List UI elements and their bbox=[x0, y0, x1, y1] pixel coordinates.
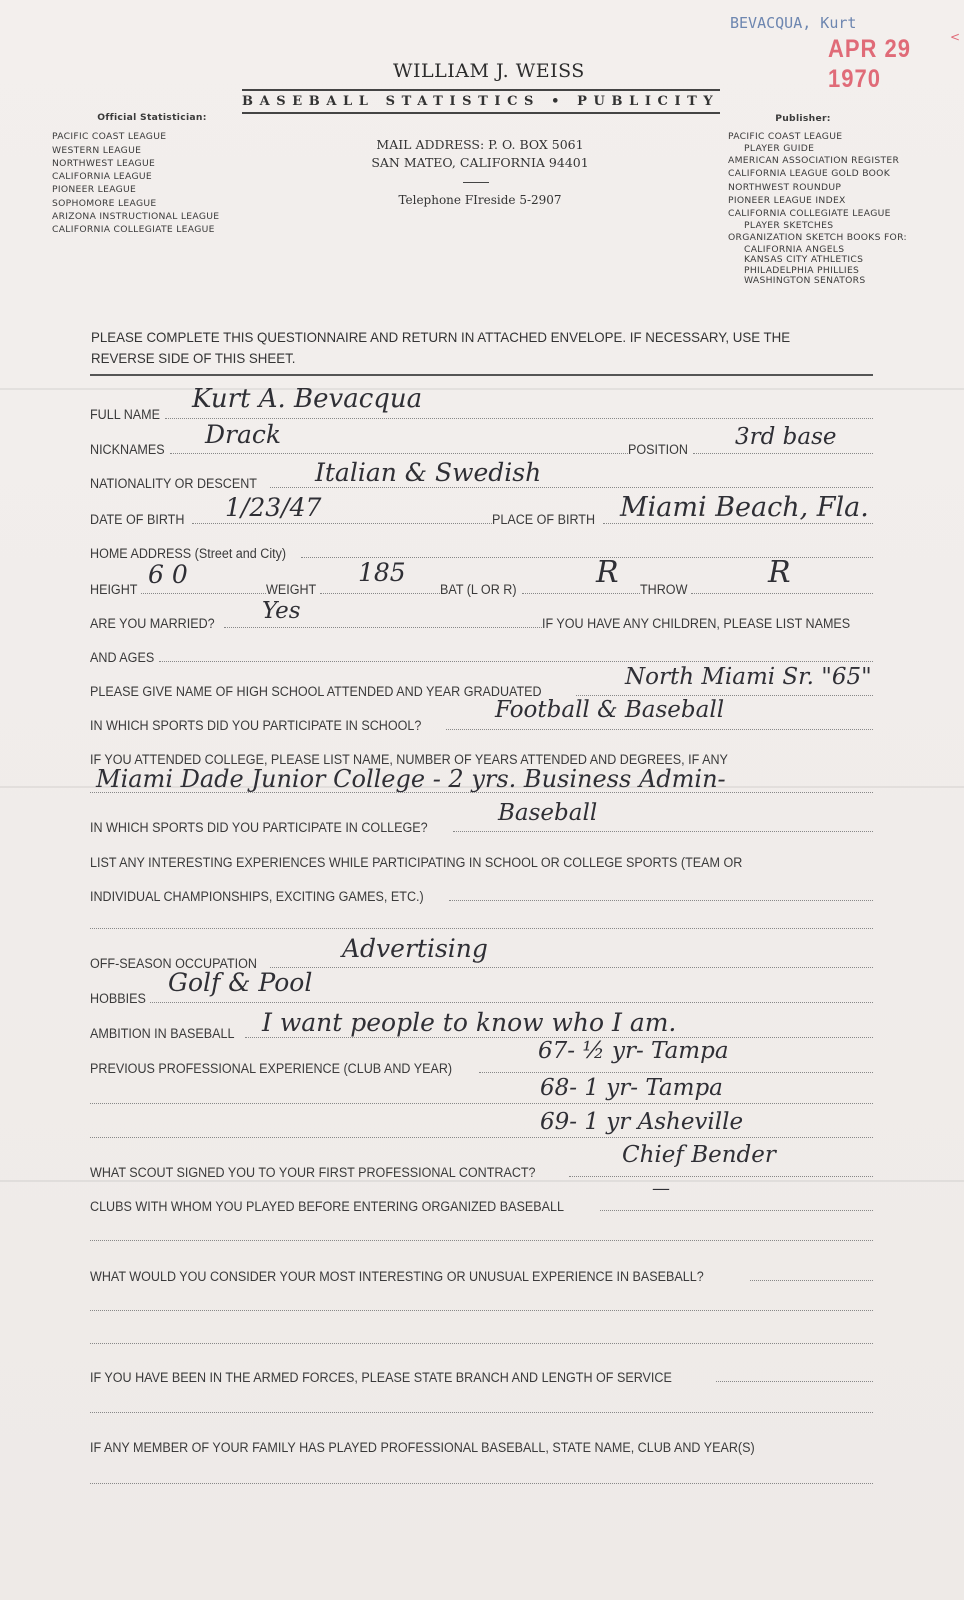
typed-name-stamp: BEVACQUA, Kurt bbox=[730, 14, 856, 32]
answer-nationality: Italian & Swedish bbox=[315, 458, 541, 487]
field-experiences: LIST ANY INTERESTING EXPERIENCES WHILE P… bbox=[90, 850, 873, 870]
label-college-sports: IN WHICH SPORTS DID YOU PARTICIPATE IN C… bbox=[90, 820, 428, 835]
label-position: POSITION bbox=[628, 442, 688, 457]
answer-throw: R bbox=[768, 555, 791, 590]
field-school-sports[interactable]: IN WHICH SPORTS DID YOU PARTICIPATE IN S… bbox=[90, 713, 873, 733]
paper-fold bbox=[0, 388, 964, 390]
label-scout: WHAT SCOUT SIGNED YOU TO YOUR FIRST PROF… bbox=[90, 1165, 536, 1180]
label-school-sports: IN WHICH SPORTS DID YOU PARTICIPATE IN S… bbox=[90, 718, 421, 733]
field-clubs-before[interactable]: CLUBS WITH WHOM YOU PLAYED BEFORE ENTERI… bbox=[90, 1194, 873, 1214]
dotted-line bbox=[600, 1209, 873, 1211]
dotted-line bbox=[576, 694, 873, 696]
field-experiences-2[interactable]: INDIVIDUAL CHAMPIONSHIPS, EXCITING GAMES… bbox=[90, 884, 873, 904]
answer-occupation: Advertising bbox=[342, 934, 488, 963]
label-bat: BAT (L OR R) bbox=[440, 582, 517, 597]
answer-dob: 1/23/47 bbox=[225, 493, 321, 522]
letterhead-subtitle: BASEBALL STATISTICS • PUBLICITY bbox=[242, 94, 720, 109]
label-experiences-1: LIST ANY INTERESTING EXPERIENCES WHILE P… bbox=[90, 855, 742, 870]
field-pro-experience[interactable]: PREVIOUS PROFESSIONAL EXPERIENCE (CLUB A… bbox=[90, 1056, 873, 1076]
pro-experience-line-3[interactable] bbox=[90, 1137, 873, 1138]
publication: PIONEER LEAGUE INDEX bbox=[728, 194, 907, 207]
answer-college-sports: Baseball bbox=[498, 800, 597, 826]
dotted-line bbox=[150, 1001, 873, 1003]
dotted-line bbox=[165, 417, 873, 419]
publisher-heading: Publisher: bbox=[728, 112, 878, 125]
answer-position: 3rd base bbox=[735, 424, 837, 450]
dotted-line bbox=[479, 1071, 873, 1073]
label-pob: PLACE OF BIRTH bbox=[492, 512, 595, 527]
dotted-line bbox=[192, 522, 493, 524]
statistician-heading: Official Statistician: bbox=[52, 111, 252, 124]
dotted-line bbox=[453, 830, 873, 832]
field-unusual[interactable]: WHAT WOULD YOU CONSIDER YOUR MOST INTERE… bbox=[90, 1264, 873, 1284]
dotted-line bbox=[693, 452, 873, 454]
answer-college: Miami Dade Junior College - 2 yrs. Busin… bbox=[96, 765, 726, 793]
field-married[interactable]: ARE YOU MARRIED?IF YOU HAVE ANY CHILDREN… bbox=[90, 611, 873, 631]
label-hobbies: HOBBIES bbox=[90, 991, 146, 1006]
dotted-line bbox=[224, 626, 542, 628]
dotted-line bbox=[522, 592, 640, 594]
publication: CALIFORNIA LEAGUE GOLD BOOK bbox=[728, 167, 907, 180]
label-pro-experience: PREVIOUS PROFESSIONAL EXPERIENCE (CLUB A… bbox=[90, 1061, 452, 1076]
experiences-answer-line[interactable] bbox=[90, 928, 873, 929]
statistician-league: CALIFORNIA LEAGUE bbox=[52, 170, 252, 183]
mail-address: MAIL ADDRESS: P. O. BOX 5061 SAN MATEO, … bbox=[300, 136, 660, 172]
stamp-mark: < bbox=[950, 30, 960, 44]
answer-scout: Chief Bender bbox=[622, 1142, 776, 1168]
dotted-line bbox=[449, 899, 873, 901]
label-experiences-2: INDIVIDUAL CHAMPIONSHIPS, EXCITING GAMES… bbox=[90, 889, 424, 904]
field-family: IF ANY MEMBER OF YOUR FAMILY HAS PLAYED … bbox=[90, 1435, 873, 1455]
publication-sub: WASHINGTON SENATORS bbox=[728, 276, 907, 287]
armed-forces-line-2[interactable] bbox=[90, 1412, 873, 1413]
paper-fold bbox=[0, 1180, 964, 1182]
label-height: HEIGHT bbox=[90, 582, 137, 597]
publication-sub: PLAYER GUIDE bbox=[728, 144, 907, 155]
publication: AMERICAN ASSOCIATION REGISTER bbox=[728, 154, 907, 167]
dotted-line bbox=[170, 452, 628, 454]
statistician-league: PACIFIC COAST LEAGUE bbox=[52, 130, 252, 143]
publication: ORGANIZATION SKETCH BOOKS FOR: bbox=[728, 231, 907, 244]
answer-weight: 185 bbox=[358, 558, 406, 587]
answer-nicknames: Drack bbox=[205, 420, 281, 449]
letterhead-name: WILLIAM J. WEISS bbox=[393, 60, 585, 82]
answer-ambition: I want people to know who I am. bbox=[262, 1008, 676, 1037]
answer-pro-experience-1: 67- ½ yr- Tampa bbox=[538, 1038, 729, 1064]
unusual-line-3[interactable] bbox=[90, 1343, 873, 1344]
label-married: ARE YOU MARRIED? bbox=[90, 616, 215, 631]
field-college[interactable]: IF YOU ATTENDED COLLEGE, PLEASE LIST NAM… bbox=[90, 747, 873, 767]
clubs-before-line-2[interactable] bbox=[90, 1240, 873, 1241]
statistician-league: CALIFORNIA COLLEGIATE LEAGUE bbox=[52, 223, 252, 236]
answer-married: Yes bbox=[262, 598, 301, 624]
dotted-line bbox=[446, 728, 873, 730]
letterhead-rule-bottom bbox=[242, 112, 720, 114]
label-clubs-before: CLUBS WITH WHOM YOU PLAYED BEFORE ENTERI… bbox=[90, 1199, 564, 1214]
telephone: Telephone FIreside 5-2907 bbox=[300, 193, 660, 207]
label-high-school: PLEASE GIVE NAME OF HIGH SCHOOL ATTENDED… bbox=[90, 684, 542, 699]
answer-pro-experience-2: 68- 1 yr- Tampa bbox=[540, 1075, 723, 1101]
label-ambition: AMBITION IN BASEBALL bbox=[90, 1026, 234, 1041]
instructions-rule bbox=[90, 374, 873, 376]
answer-pro-experience-3: 69- 1 yr Asheville bbox=[540, 1109, 743, 1135]
publication: PACIFIC COAST LEAGUE bbox=[728, 130, 907, 143]
answer-pob: Miami Beach, Fla. bbox=[620, 492, 869, 523]
field-college-sports[interactable]: IN WHICH SPORTS DID YOU PARTICIPATE IN C… bbox=[90, 815, 873, 835]
label-ages: AND AGES bbox=[90, 650, 154, 665]
statistician-league: NORTHWEST LEAGUE bbox=[52, 157, 252, 170]
dotted-line bbox=[159, 660, 873, 662]
date-received-stamp: APR 29 1970 bbox=[828, 34, 964, 94]
dotted-line bbox=[320, 592, 440, 594]
field-physical[interactable]: HEIGHTWEIGHTBAT (L OR R)THROW bbox=[90, 577, 873, 597]
dotted-line bbox=[270, 966, 873, 968]
questionnaire-sheet: BEVACQUA, Kurt APR 29 1970 < WILLIAM J. … bbox=[0, 0, 964, 1600]
publisher-list: Publisher: PACIFIC COAST LEAGUEPLAYER GU… bbox=[728, 112, 907, 287]
dotted-line bbox=[569, 1175, 873, 1177]
dotted-line bbox=[141, 592, 266, 594]
pro-experience-line-2[interactable] bbox=[90, 1103, 873, 1104]
publication: CALIFORNIA COLLEGIATE LEAGUE bbox=[728, 207, 907, 220]
answer-school-sports: Football & Baseball bbox=[495, 697, 724, 723]
address-line-2: SAN MATEO, CALIFORNIA 94401 bbox=[300, 154, 660, 172]
label-weight: WEIGHT bbox=[266, 582, 316, 597]
statistician-list: Official Statistician: PACIFIC COAST LEA… bbox=[52, 111, 252, 237]
dotted-line bbox=[750, 1279, 873, 1281]
dotted-line bbox=[716, 1380, 873, 1382]
label-family: IF ANY MEMBER OF YOUR FAMILY HAS PLAYED … bbox=[90, 1440, 755, 1455]
letterhead-rule-top bbox=[242, 89, 720, 91]
answer-full-name: Kurt A. Bevacqua bbox=[192, 384, 422, 414]
publication: NORTHWEST ROUNDUP bbox=[728, 181, 907, 194]
label-armed-forces: IF YOU HAVE BEEN IN THE ARMED FORCES, PL… bbox=[90, 1370, 672, 1385]
label-children: IF YOU HAVE ANY CHILDREN, PLEASE LIST NA… bbox=[542, 616, 850, 631]
label-dob: DATE OF BIRTH bbox=[90, 512, 184, 527]
form-instructions: PLEASE COMPLETE THIS QUESTIONNAIRE AND R… bbox=[91, 327, 842, 369]
dotted-line bbox=[691, 592, 873, 594]
statistician-league: ARIZONA INSTRUCTIONAL LEAGUE bbox=[52, 210, 252, 223]
field-ages[interactable]: AND AGES bbox=[90, 645, 873, 665]
label-full-name: FULL NAME bbox=[90, 407, 160, 422]
address-line-1: MAIL ADDRESS: P. O. BOX 5061 bbox=[300, 136, 660, 154]
label-throw: THROW bbox=[640, 582, 687, 597]
address-divider bbox=[463, 182, 489, 183]
answer-high-school: North Miami Sr. "65" bbox=[625, 664, 872, 690]
answer-hobbies: Golf & Pool bbox=[168, 968, 312, 997]
family-answer-line[interactable] bbox=[90, 1483, 873, 1484]
field-home-address[interactable]: HOME ADDRESS (Street and City) bbox=[90, 541, 873, 561]
statistician-league: PIONEER LEAGUE bbox=[52, 183, 252, 196]
label-home-address: HOME ADDRESS (Street and City) bbox=[90, 546, 286, 561]
publication-sub: PLAYER SKETCHES bbox=[728, 221, 907, 232]
statistician-league: WESTERN LEAGUE bbox=[52, 144, 252, 157]
unusual-line-2[interactable] bbox=[90, 1310, 873, 1311]
answer-height: 6 0 bbox=[148, 560, 188, 589]
label-unusual: WHAT WOULD YOU CONSIDER YOUR MOST INTERE… bbox=[90, 1269, 704, 1284]
label-nationality: NATIONALITY OR DESCENT bbox=[90, 476, 257, 491]
answer-clubs-before: — bbox=[652, 1178, 670, 1199]
label-nicknames: NICKNAMES bbox=[90, 442, 165, 457]
answer-bat: R bbox=[596, 555, 619, 590]
field-armed-forces[interactable]: IF YOU HAVE BEEN IN THE ARMED FORCES, PL… bbox=[90, 1365, 873, 1385]
statistician-league: SOPHOMORE LEAGUE bbox=[52, 197, 252, 210]
